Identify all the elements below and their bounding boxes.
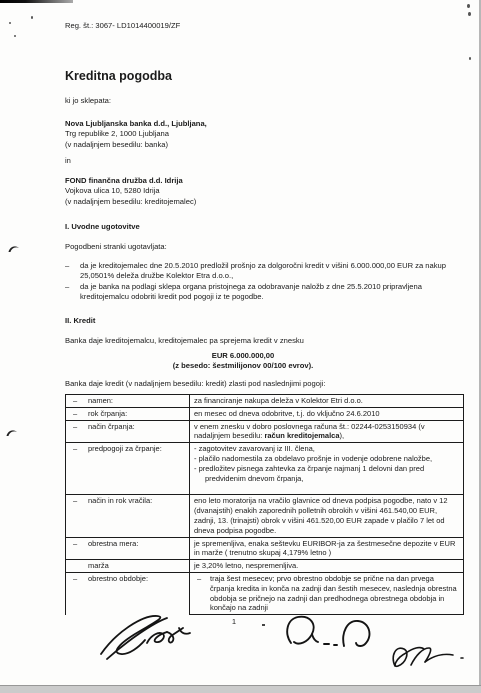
terms-table: – namen: za financiranje nakupa deleža v… bbox=[65, 394, 464, 615]
term-row-nacin-vracila: – način in rok vračila: eno leto morator… bbox=[66, 495, 463, 537]
row-dash bbox=[73, 561, 88, 571]
term-row-predpogoji: – predpogoji za črpanje: - zagotovitev z… bbox=[66, 443, 463, 495]
registration-number: Reg. št.: 3067- LD1014400019/ZF bbox=[65, 21, 180, 31]
terms-lead: Banka daje kredit (v nadaljnjem besedilu… bbox=[65, 379, 325, 389]
bullet-text: da je banka na podlagi sklepa organa pri… bbox=[80, 282, 463, 302]
scan-speck bbox=[468, 12, 471, 16]
term-row-rok-crpanja: – rok črpanja: en mesec od dneva odobrit… bbox=[66, 408, 463, 421]
term-label: rok črpanja: bbox=[88, 409, 127, 419]
bank-address: Trg republike 2, 1000 Ljubljana bbox=[65, 129, 207, 139]
party-bank: Nova Ljubljanska banka d.d., Ljubljana, … bbox=[65, 119, 207, 150]
borrower-address: Vojkova ulica 10, 5280 Idrija bbox=[65, 186, 196, 196]
bank-name: Nova Ljubljanska banka d.d., Ljubljana, bbox=[65, 119, 207, 129]
row-dash: – bbox=[73, 496, 88, 535]
term-label: namen: bbox=[88, 396, 113, 406]
bank-alias: (v nadaljnjem besedilu: banka) bbox=[65, 140, 207, 150]
row-dash: – bbox=[73, 444, 88, 493]
term-row-marza: marža je 3,20% letno, nespremenljiva. bbox=[66, 560, 463, 573]
value-text: ), bbox=[340, 431, 345, 440]
margin-mark-icon bbox=[7, 244, 21, 255]
scan-speck bbox=[469, 57, 471, 60]
page-number: 1 bbox=[226, 617, 242, 627]
term-row-namen: – namen: za financiranje nakupa deleža v… bbox=[66, 395, 463, 408]
row-dash: – bbox=[73, 422, 88, 442]
handwritten-signature-right bbox=[383, 636, 468, 678]
sub-item: - predložitev pisnega zahtevka za črpanj… bbox=[194, 464, 459, 484]
scan-speck bbox=[31, 16, 33, 19]
section-1-lead: Pogodbeni stranki ugotavljata: bbox=[65, 242, 167, 252]
term-label: marža bbox=[88, 561, 109, 571]
row-dash: – bbox=[73, 539, 88, 559]
amount-words: (z besedo: šestmilijonov 00/100 evrov). bbox=[65, 361, 421, 371]
term-row-nacin-crpanja: – način črpanja: v enem znesku v dobro p… bbox=[66, 421, 463, 444]
credit-amount: EUR 6.000.000,00 (z besedo: šestmilijono… bbox=[65, 351, 421, 372]
bullet-dash: – bbox=[65, 261, 80, 281]
handwritten-signature-left bbox=[95, 607, 207, 665]
document-page: Reg. št.: 3067- LD1014400019/ZF Kreditna… bbox=[0, 0, 481, 693]
scan-edge-bottom bbox=[0, 685, 481, 693]
section-2-lead: Banka daje kreditojemalcu, kreditojemale… bbox=[65, 336, 304, 346]
row-dash: – bbox=[73, 409, 88, 419]
margin-mark-icon bbox=[5, 428, 19, 439]
bullet-item: – da je kreditojemalec dne 20.5.2010 pre… bbox=[65, 261, 463, 281]
scan-speck bbox=[9, 22, 11, 24]
sub-item: - zagotovitev zavarovanj iz III. člena, bbox=[194, 444, 459, 454]
scan-speck bbox=[467, 4, 470, 8]
term-value: za financiranje nakupa deleža v Kolektor… bbox=[190, 395, 463, 407]
bullet-text: da je kreditojemalec dne 20.5.2010 predl… bbox=[80, 261, 463, 281]
row-dash: – bbox=[73, 574, 88, 614]
section-1-heading: I. Uvodne ugotovitve bbox=[65, 222, 140, 232]
conjunction: in bbox=[65, 156, 71, 166]
amount-number: EUR 6.000.000,00 bbox=[65, 351, 421, 361]
term-label: predpogoji za črpanje: bbox=[88, 444, 162, 493]
term-value: v enem znesku v dobro poslovnega računa … bbox=[190, 421, 463, 443]
scan-speck bbox=[262, 624, 265, 626]
borrower-name: FOND finančna družba d.d. Idrija bbox=[65, 176, 196, 186]
bullet-dash: – bbox=[65, 282, 80, 302]
value-text: traja šest mesecev; prvo obrestno obdobj… bbox=[210, 574, 459, 613]
bullet-item: – da je banka na podlagi sklepa organa p… bbox=[65, 282, 463, 302]
borrower-alias: (v nadaljnjem besedilu: kreditojemalec) bbox=[65, 197, 196, 207]
term-value: eno leto moratorija na vračilo glavnice … bbox=[190, 495, 463, 536]
term-label: način in rok vračila: bbox=[88, 496, 152, 535]
scan-edge-top bbox=[0, 0, 73, 3]
term-value: je 3,20% letno, nespremenljiva. bbox=[190, 560, 463, 572]
value-bold-text: račun kreditojemalca bbox=[264, 431, 339, 440]
term-value: - zagotovitev zavarovanj iz III. člena, … bbox=[190, 443, 463, 494]
party-borrower: FOND finančna družba d.d. Idrija Vojkova… bbox=[65, 176, 196, 207]
document-title: Kreditna pogodba bbox=[65, 69, 172, 83]
scan-speck bbox=[14, 35, 16, 37]
term-value: – traja šest mesecev; prvo obrestno obdo… bbox=[190, 573, 464, 615]
row-dash: – bbox=[73, 396, 88, 406]
term-label: obrestna mera: bbox=[88, 539, 138, 559]
sub-item: - plačilo nadomestila za obdelavo prošnj… bbox=[194, 454, 459, 464]
section-1-bullets: – da je kreditojemalec dne 20.5.2010 pre… bbox=[65, 261, 463, 303]
term-label: način črpanja: bbox=[88, 422, 135, 442]
term-row-obrestna-mera: – obrestna mera: je spremenljiva, enaka … bbox=[66, 538, 463, 561]
section-2-heading: II. Kredit bbox=[65, 316, 95, 326]
handwritten-signature-middle bbox=[281, 611, 376, 656]
intro-line: ki jo sklepata: bbox=[65, 96, 111, 106]
term-value: je spremenljiva, enaka seštevku EURIBOR-… bbox=[190, 538, 463, 560]
term-value: en mesec od dneva odobritve, t.j. do vkl… bbox=[190, 408, 463, 420]
